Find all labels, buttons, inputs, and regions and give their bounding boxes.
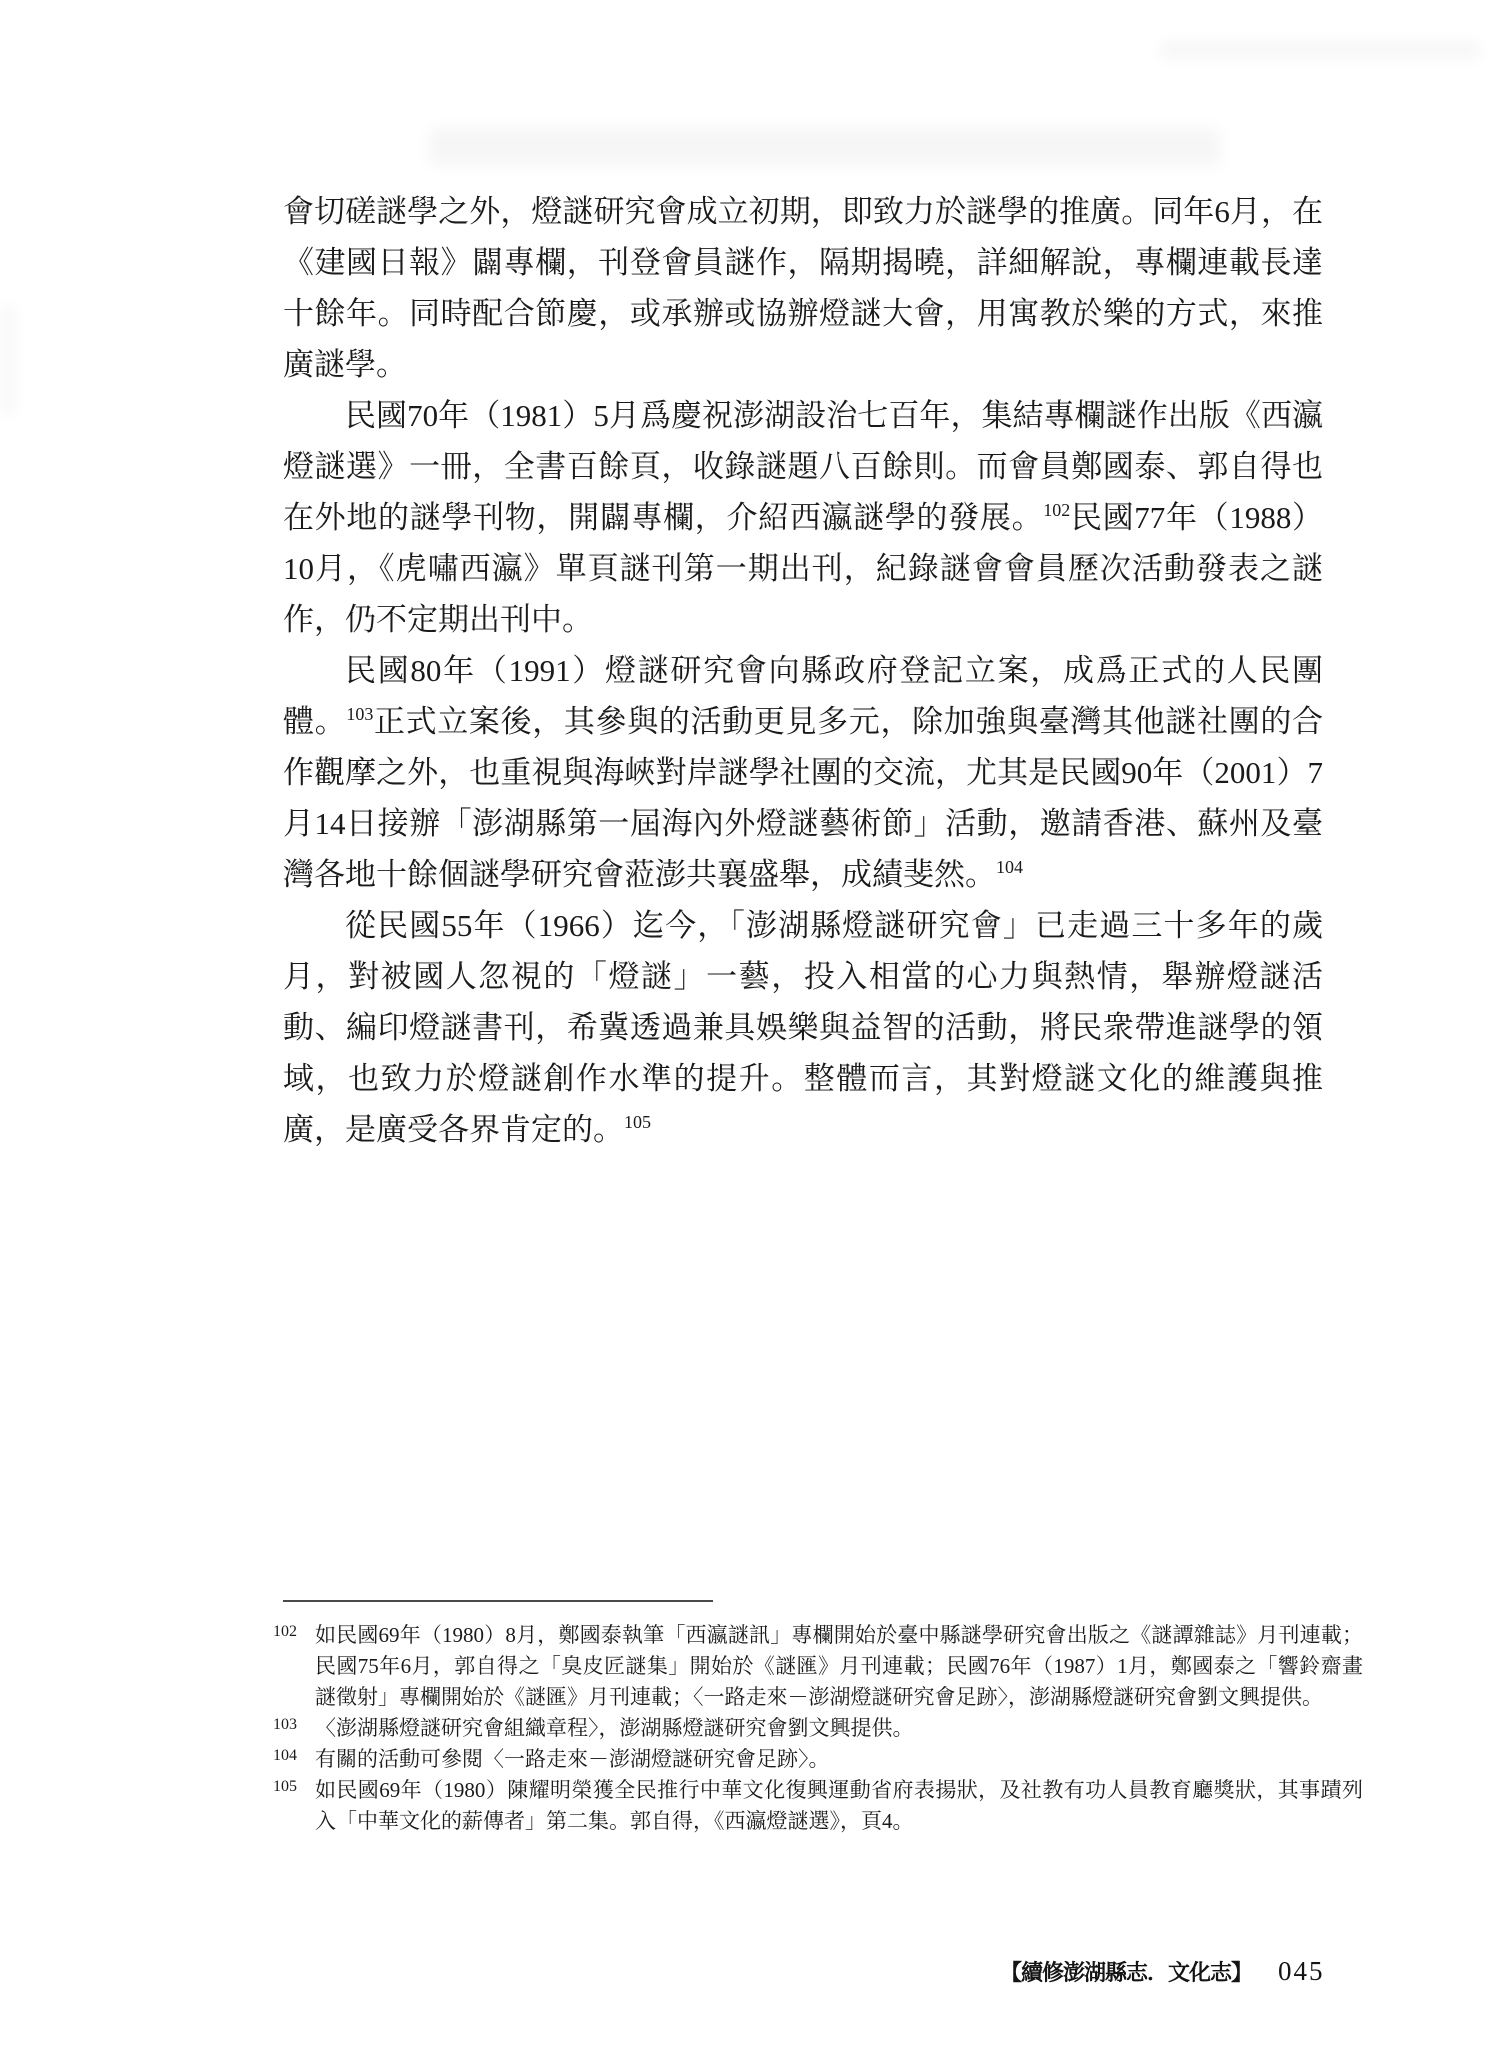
footnote-number: 103 xyxy=(273,1709,297,1740)
paragraph: 民國80年（1991）燈謎研究會向縣政府登記立案，成爲正式的人民團體。103正式… xyxy=(283,645,1323,900)
document-page: 會切磋謎學之外，燈謎研究會成立初期，即致力於謎學的推廣。同年6月，在《建國日報》… xyxy=(0,0,1500,2065)
paragraph: 民國70年（1981）5月爲慶祝澎湖設治七百年，集結專欄謎作出版《西瀛燈謎選》一… xyxy=(283,390,1323,645)
footnote-text: 如民國69年（1980）8月，鄭國泰執筆「西瀛謎訊」專欄開始於臺中縣謎學研究會出… xyxy=(315,1623,1363,1709)
paragraph: 會切磋謎學之外，燈謎研究會成立初期，即致力於謎學的推廣。同年6月，在《建國日報》… xyxy=(283,186,1323,390)
paragraph: 從民國55年（1966）迄今，「澎湖縣燈謎研究會」已走過三十多年的歲月，對被國人… xyxy=(283,900,1323,1155)
footnote-reference: 105 xyxy=(624,1112,651,1132)
paragraph-text: 從民國55年（1966）迄今，「澎湖縣燈謎研究會」已走過三十多年的歲月，對被國人… xyxy=(283,908,1323,1147)
footnote-text: 〈澎湖縣燈謎研究會組織章程〉，澎湖縣燈謎研究會劉文興提供。 xyxy=(315,1716,914,1740)
footnote: 103〈澎湖縣燈謎研究會組織章程〉，澎湖縣燈謎研究會劉文興提供。 xyxy=(273,1713,1363,1744)
book-title: 【續修澎湖縣志．文化志】 xyxy=(1000,1960,1252,1985)
page-number: 045 xyxy=(1278,1956,1325,1986)
footnote-reference: 103 xyxy=(346,704,373,724)
page-footer: 【續修澎湖縣志．文化志】045 xyxy=(1000,1956,1325,1987)
scan-artifact xyxy=(2,305,14,415)
footnote-number: 105 xyxy=(273,1771,297,1802)
footnote: 105如民國69年（1980）陳耀明榮獲全民推行中華文化復興運動省府表揚狀，及社… xyxy=(273,1775,1363,1837)
footnote: 104有關的活動可參閱〈一路走來－澎湖燈謎研究會足跡〉。 xyxy=(273,1744,1363,1775)
footnote-number: 104 xyxy=(273,1740,297,1771)
scan-artifact xyxy=(430,128,1220,166)
footnote-text: 有關的活動可參閱〈一路走來－澎湖燈謎研究會足跡〉。 xyxy=(315,1747,830,1771)
paragraph-text: 正式立案後，其參與的活動更見多元，除加強與臺灣其他謎社團的合作觀摩之外，也重視與… xyxy=(283,704,1323,892)
scan-artifact xyxy=(1160,42,1480,58)
footnote-separator-rule xyxy=(283,1600,713,1602)
footnote-reference: 102 xyxy=(1043,500,1070,520)
footnote-number: 102 xyxy=(273,1616,297,1647)
footnote-text: 如民國69年（1980）陳耀明榮獲全民推行中華文化復興運動省府表揚狀，及社教有功… xyxy=(315,1778,1363,1833)
footnote: 102如民國69年（1980）8月，鄭國泰執筆「西瀛謎訊」專欄開始於臺中縣謎學研… xyxy=(273,1620,1363,1713)
footnote-reference: 104 xyxy=(996,857,1023,877)
paragraph-text: 會切磋謎學之外，燈謎研究會成立初期，即致力於謎學的推廣。同年6月，在《建國日報》… xyxy=(283,194,1323,382)
footnotes-section: 102如民國69年（1980）8月，鄭國泰執筆「西瀛謎訊」專欄開始於臺中縣謎學研… xyxy=(273,1620,1363,1837)
body-text: 會切磋謎學之外，燈謎研究會成立初期，即致力於謎學的推廣。同年6月，在《建國日報》… xyxy=(283,186,1323,1155)
